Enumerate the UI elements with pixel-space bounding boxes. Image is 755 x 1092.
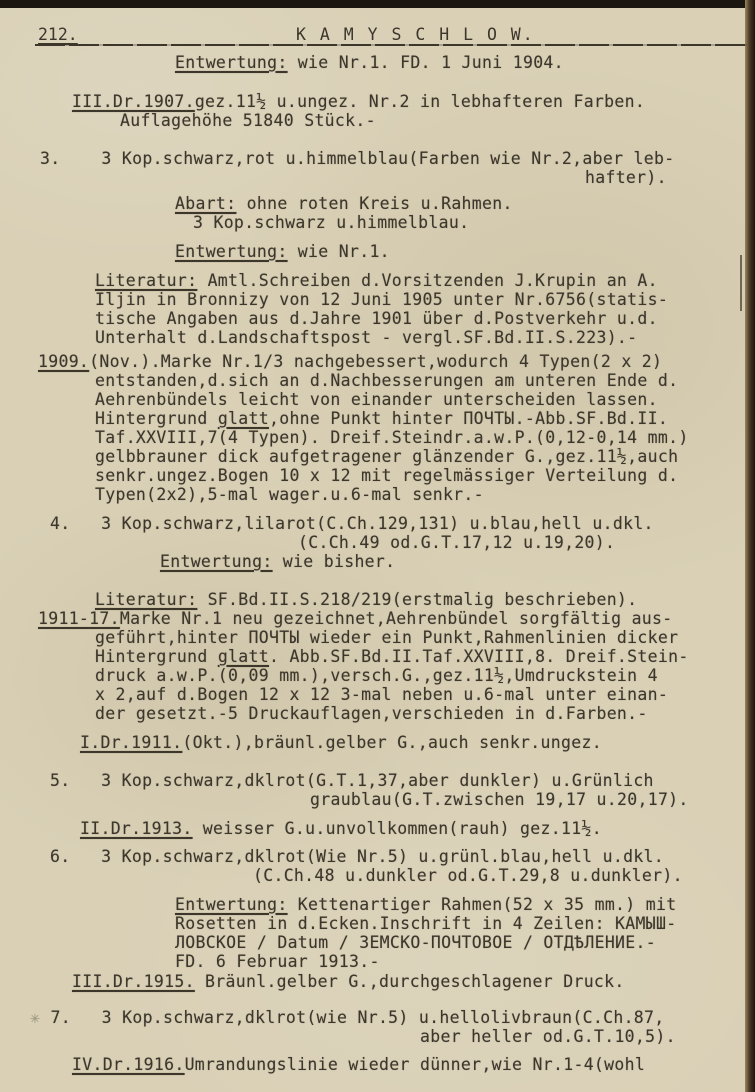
text-line: ✳ 7. 3 Kop.schwarz,dklrot(wie Nr.5) u.he…: [30, 1008, 665, 1027]
text-line: 1911-17.Marke Nr.1 neu gezeichnet,Aehren…: [38, 609, 673, 628]
text-line: FD. 6 Februar 1913.-: [175, 952, 380, 971]
scan-edge-right: [745, 0, 755, 1092]
text-line: (C.Ch.48 u.dunkler od.G.T.29,8 u.dunkler…: [253, 866, 683, 885]
text-line: Typen(2x2),5-mal wager.u.6-mal senkr.-: [95, 485, 484, 504]
text-line: 3. 3 Kop.schwarz,rot u.himmelblau(Farben…: [40, 149, 675, 168]
text-line: 3 Kop.schwarz u.himmelblau.: [193, 213, 469, 232]
text-line: III.Dr.1907.gez.11½ u.ungez. Nr.2 in leb…: [72, 92, 645, 111]
text-line: entstanden,d.sich an d.Nachbesserungen a…: [95, 371, 678, 390]
text-line: II.Dr.1913. weisser G.u.unvollkommen(rau…: [80, 819, 602, 838]
text-line: 5. 3 Kop.schwarz,dklrot(G.T.1,37,aber du…: [50, 771, 654, 790]
text-line: senkr.ungez.Bogen 10 x 12 mit regelmässi…: [95, 466, 678, 485]
text-line: IV.Dr.1916.Umrandungslinie wieder dünner…: [72, 1055, 645, 1074]
text-line: Entwertung: wie Nr.1.: [175, 242, 390, 261]
scanned-catalog-page: 212. K A M Y S C H L O W. Entwertung: wi…: [0, 0, 755, 1092]
text-line: Aehrenbündels leicht von einander unters…: [95, 390, 658, 409]
text-line: hafter).: [585, 168, 667, 187]
text-line: druck a.w.P.(0,09 mm.),versch.G.,gez.11½…: [95, 666, 658, 685]
header-rule: [35, 44, 747, 46]
text-line: der gesetzt.-5 Druckauflagen,verschieden…: [95, 704, 648, 723]
text-line: ЛОВСКОЕ / Datum / ЗЕМСКО-ПОЧТОВОЕ / ОТДѢ…: [175, 933, 656, 952]
page-title: K A M Y S C H L O W.: [296, 25, 535, 44]
text-line: Abart: ohne roten Kreis u.Rahmen.: [175, 194, 513, 213]
text-line: aber heller od.G.T.10,5).: [420, 1027, 676, 1046]
text-line: 4. 3 Kop.schwarz,lilarot(C.Ch.129,131) u…: [50, 514, 654, 533]
scan-edge-top: [0, 0, 755, 8]
text-line: Hintergrund glatt,ohne Punkt hinter ПОЧТ…: [95, 409, 668, 428]
text-line: geführt,hinter ПОЧТЫ wieder ein Punkt,Ra…: [95, 628, 678, 647]
text-line: I.Dr.1911.(Okt.),bräunl.gelber G.,auch s…: [80, 733, 602, 752]
scan-artifact-line: [740, 255, 742, 311]
text-line: Literatur: SF.Bd.II.S.218/219(erstmalig …: [95, 590, 637, 609]
page-number: 212.: [38, 25, 78, 44]
text-line: gelbbrauner dick aufgetragener glänzende…: [95, 447, 678, 466]
text-line: Auflagehöhe 51840 Stück.-: [120, 111, 376, 130]
text-line: Entwertung: Kettenartiger Rahmen(52 x 35…: [175, 895, 676, 914]
text-line: x 2,auf d.Bogen 12 x 12 3-mal neben u.6-…: [95, 685, 668, 704]
text-line: Literatur: Amtl.Schreiben d.Vorsitzenden…: [95, 271, 658, 290]
text-line: tische Angaben aus d.Jahre 1901 über d.P…: [95, 309, 658, 328]
text-line: Hintergrund glatt. Abb.SF.Bd.II.Taf.XXVI…: [95, 647, 689, 666]
text-line: Entwertung: wie bisher.: [160, 552, 395, 571]
text-line: 1909.(Nov.).Marke Nr.1/3 nachgebessert,w…: [38, 352, 662, 371]
text-line: Rosetten in d.Ecken.Inschrift in 4 Zeile…: [175, 914, 676, 933]
text-line: Iljin in Bronnizy von 12 Juni 1905 unter…: [95, 290, 668, 309]
text-line: Entwertung: wie Nr.1. FD. 1 Juni 1904.: [175, 53, 564, 72]
text-line: Taf.XXVIII,7(4 Typen). Dreif.Steindr.a.w…: [95, 428, 689, 447]
text-line: (C.Ch.49 od.G.T.17,12 u.19,20).: [298, 533, 615, 552]
text-line: 6. 3 Kop.schwarz,dklrot(Wie Nr.5) u.grün…: [50, 847, 664, 866]
text-line: III.Dr.1915. Bräunl.gelber G.,durchgesch…: [72, 972, 625, 991]
text-line: graublau(G.T.zwischen 19,17 u.20,17).: [310, 790, 689, 809]
text-line: Unterhalt d.Landschaftspost - vergl.SF.B…: [95, 328, 637, 347]
